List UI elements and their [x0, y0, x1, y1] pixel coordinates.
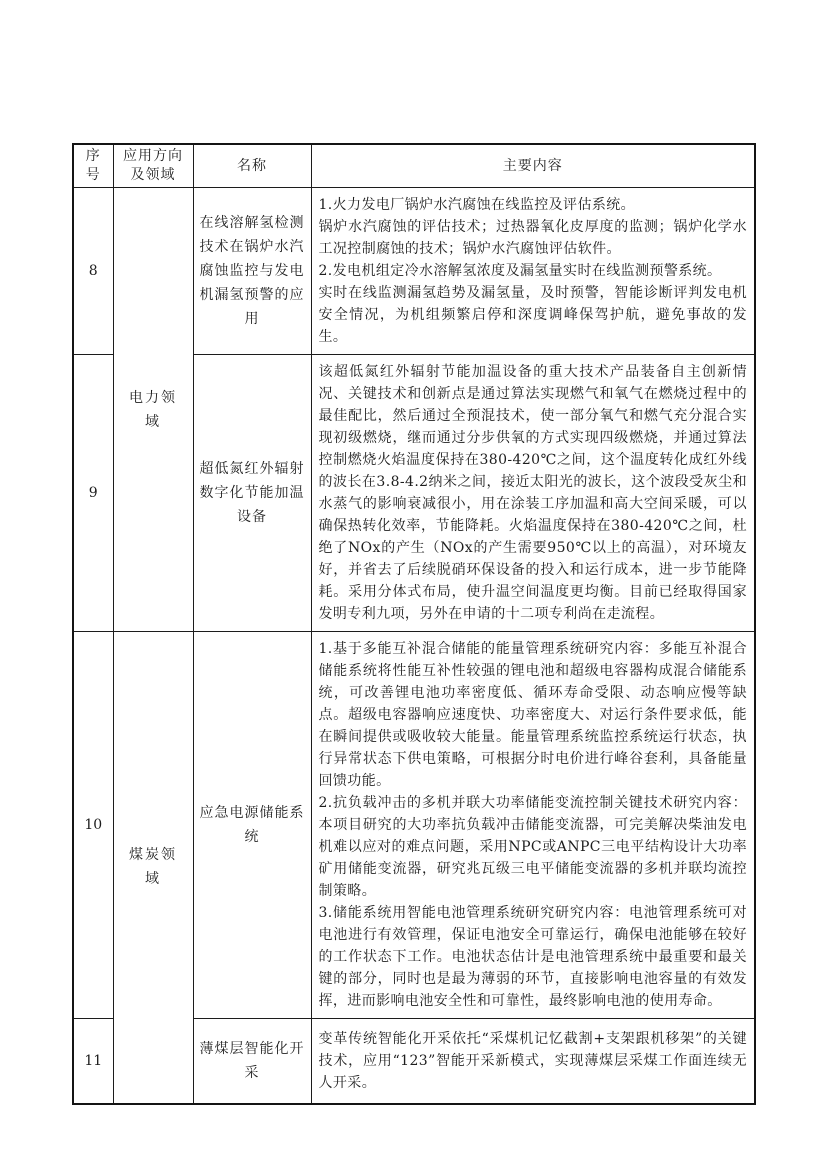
- header-name: 名称: [193, 144, 311, 188]
- project-name: 薄煤层智能化开采: [193, 1019, 311, 1104]
- project-content: 变革传统智能化开采依托“采煤机记忆截割+支架跟机移架”的关键技术，应用“123”…: [311, 1019, 755, 1104]
- content-paragraph: 实时在线监测漏氢趋势及漏氢量，及时预警，智能诊断评判发电机安全情况，为机组频繁启…: [319, 282, 748, 348]
- row-number: 10: [73, 632, 113, 1019]
- field-group-electric: 电力领域: [113, 188, 193, 632]
- content-paragraph: 变革传统智能化开采依托“采煤机记忆截割+支架跟机移架”的关键技术，应用“123”…: [319, 1028, 748, 1094]
- table-row: 8 电力领域 在线溶解氢检测技术在锅炉水汽腐蚀监控与发电机漏氢预警的应用 1.火…: [73, 188, 755, 355]
- content-paragraph: 2.抗负载冲击的多机并联大功率储能变流控制关键技术研究内容：本项目研究的大功率抗…: [319, 792, 748, 902]
- field-group-coal: 煤炭领域: [113, 632, 193, 1104]
- project-content: 1.火力发电厂锅炉水汽腐蚀在线监控及评估系统。 锅炉水汽腐蚀的评估技术；过热器氧…: [311, 188, 755, 355]
- header-field: 应用方向及领域: [113, 144, 193, 188]
- project-name: 在线溶解氢检测技术在锅炉水汽腐蚀监控与发电机漏氢预警的应用: [193, 188, 311, 355]
- project-name: 超低氮红外辐射数字化节能加温设备: [193, 355, 311, 632]
- table-header-row: 序号 应用方向及领域 名称 主要内容: [73, 144, 755, 188]
- row-number: 11: [73, 1019, 113, 1104]
- content-paragraph: 3.储能系统用智能电池管理系统研究研究内容：电池管理系统可对电池进行有效管理，保…: [319, 902, 748, 1012]
- projects-table: 序号 应用方向及领域 名称 主要内容 8 电力领域 在线溶解氢检测技术在锅炉水汽…: [72, 143, 756, 1105]
- project-content: 该超低氮红外辐射节能加温设备的重大技术产品装备自主创新情况、关键技术和创新点是通…: [311, 355, 755, 632]
- content-paragraph: 1.火力发电厂锅炉水汽腐蚀在线监控及评估系统。: [319, 194, 748, 216]
- document-page: 序号 应用方向及领域 名称 主要内容 8 电力领域 在线溶解氢检测技术在锅炉水汽…: [0, 0, 827, 1169]
- project-name: 应急电源储能系统: [193, 632, 311, 1019]
- header-no: 序号: [73, 144, 113, 188]
- header-content: 主要内容: [311, 144, 755, 188]
- project-content: 1.基于多能互补混合储能的能量管理系统研究内容：多能互补混合储能系统将性能互补性…: [311, 632, 755, 1019]
- content-paragraph: 该超低氮红外辐射节能加温设备的重大技术产品装备自主创新情况、关键技术和创新点是通…: [319, 361, 748, 625]
- row-number: 8: [73, 188, 113, 355]
- content-paragraph: 1.基于多能互补混合储能的能量管理系统研究内容：多能互补混合储能系统将性能互补性…: [319, 638, 748, 792]
- table-row: 10 煤炭领域 应急电源储能系统 1.基于多能互补混合储能的能量管理系统研究内容…: [73, 632, 755, 1019]
- content-paragraph: 锅炉水汽腐蚀的评估技术；过热器氧化皮厚度的监测；锅炉化学水工况控制腐蚀的技术；锅…: [319, 216, 748, 260]
- content-paragraph: 2.发电机组定冷水溶解氢浓度及漏氢量实时在线监测预警系统。: [319, 260, 748, 282]
- row-number: 9: [73, 355, 113, 632]
